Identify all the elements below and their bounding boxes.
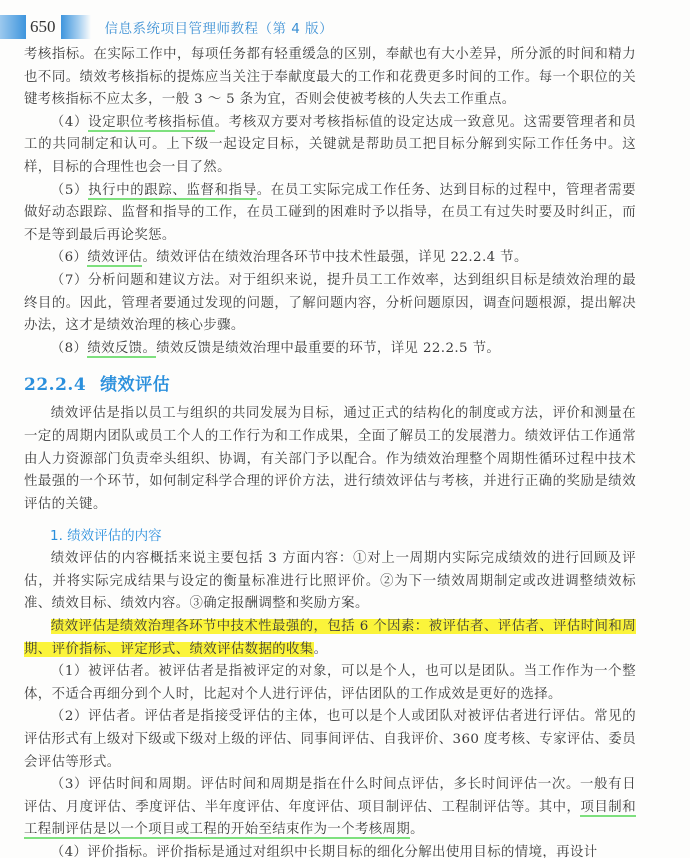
step-title-underlined: 绩效反馈。 bbox=[87, 341, 156, 358]
paragraph-step-4: （4）设定职位考核指标值。考核双方要对考核指标值的设定达成一致意见。这需要管理者… bbox=[24, 112, 636, 180]
paragraph-step-5: （5）执行中的跟踪、监督和指导。在员工实际完成工作任务、达到目标的过程中，管理者… bbox=[24, 180, 636, 248]
section-heading: 22.2.4绩效评估 bbox=[24, 370, 636, 395]
highlighted-paragraph: 绩效评估是绩效治理各环节中技术性最强的，包括 6 个因素：被评估者、评估者、评估… bbox=[24, 616, 636, 661]
step-prefix: （8） bbox=[51, 341, 88, 356]
factor-3-body: （3）评估时间和周期。评估时间和周期是指在什么时间点评估，多长时间评估一次。一般… bbox=[24, 777, 636, 815]
header-accent-bar-left bbox=[0, 15, 26, 39]
factor-2: （2）评估者。评估者是指接受评估的主体，也可以是个人或团队对被评估者进行评估。常… bbox=[24, 706, 636, 774]
paragraph-step-7: （7）分析问题和建议方法。对于组织来说，提升员工工作效率，达到组织目标是绩效治理… bbox=[24, 270, 636, 338]
header-accent-bar-right bbox=[61, 15, 91, 39]
paragraph-continued: 考核指标。在实际工作中，每项任务都有轻重缓急的区别，奉献也有大小差异，所分派的时… bbox=[24, 44, 636, 112]
section-title: 绩效评估 bbox=[100, 375, 170, 395]
period: 。 bbox=[410, 822, 424, 837]
step-prefix: （4） bbox=[51, 115, 88, 130]
page-header: 650 信息系统项目管理师教程（第 4 版） bbox=[0, 14, 690, 40]
subsection-heading: 1. 绩效评估的内容 bbox=[50, 524, 636, 544]
step-title-underlined: 绩效评估 bbox=[87, 250, 142, 267]
paragraph-step-8: （8）绩效反馈。绩效反馈是绩效治理中最重要的环节，详见 22.2.5 节。 bbox=[24, 338, 636, 361]
section-intro: 绩效评估是指以员工与组织的共同发展为目标，通过正式的结构化的制度或方法，评价和测… bbox=[24, 403, 636, 516]
step-title-underlined: 设定职位考核指标值 bbox=[88, 115, 215, 132]
factor-3: （3）评估时间和周期。评估时间和周期是指在什么时间点评估，多长时间评估一次。一般… bbox=[24, 774, 636, 842]
page-content: 考核指标。在实际工作中，每项任务都有轻重缓急的区别，奉献也有大小差异，所分派的时… bbox=[24, 44, 636, 858]
highlighted-text: 绩效评估是绩效治理各环节中技术性最强的，包括 6 个因素：被评估者、评估者、评估… bbox=[24, 619, 636, 657]
step-prefix: （5） bbox=[51, 183, 88, 198]
step-title-underlined: 执行中的跟踪、监督和指导 bbox=[88, 183, 257, 200]
page-number: 650 bbox=[30, 17, 56, 37]
step-body: 绩效反馈是绩效治理中最重要的环节，详见 22.2.5 节。 bbox=[156, 341, 500, 356]
period: 。 bbox=[314, 642, 328, 657]
section-number: 22.2.4 bbox=[24, 375, 86, 395]
factor-1: （1）被评估者。被评估者是指被评定的对象，可以是个人，也可以是团队。当工作作为一… bbox=[24, 661, 636, 706]
factor-4: （4）评价指标。评价指标是通过对组织中长期目标的细化分解出使用目标的情境，再设计 bbox=[24, 842, 636, 858]
step-body: 。绩效评估在绩效治理各环节中技术性最强，详见 22.2.4 节。 bbox=[142, 250, 527, 265]
book-title: 信息系统项目管理师教程（第 4 版） bbox=[105, 17, 334, 37]
step-prefix: （6） bbox=[51, 250, 88, 265]
paragraph-step-6: （6）绩效评估。绩效评估在绩效治理各环节中技术性最强，详见 22.2.4 节。 bbox=[24, 247, 636, 270]
content-paragraph: 绩效评估的内容概括来说主要包括 3 方面内容：①对上一周期内实际完成绩效的进行回… bbox=[24, 548, 636, 616]
